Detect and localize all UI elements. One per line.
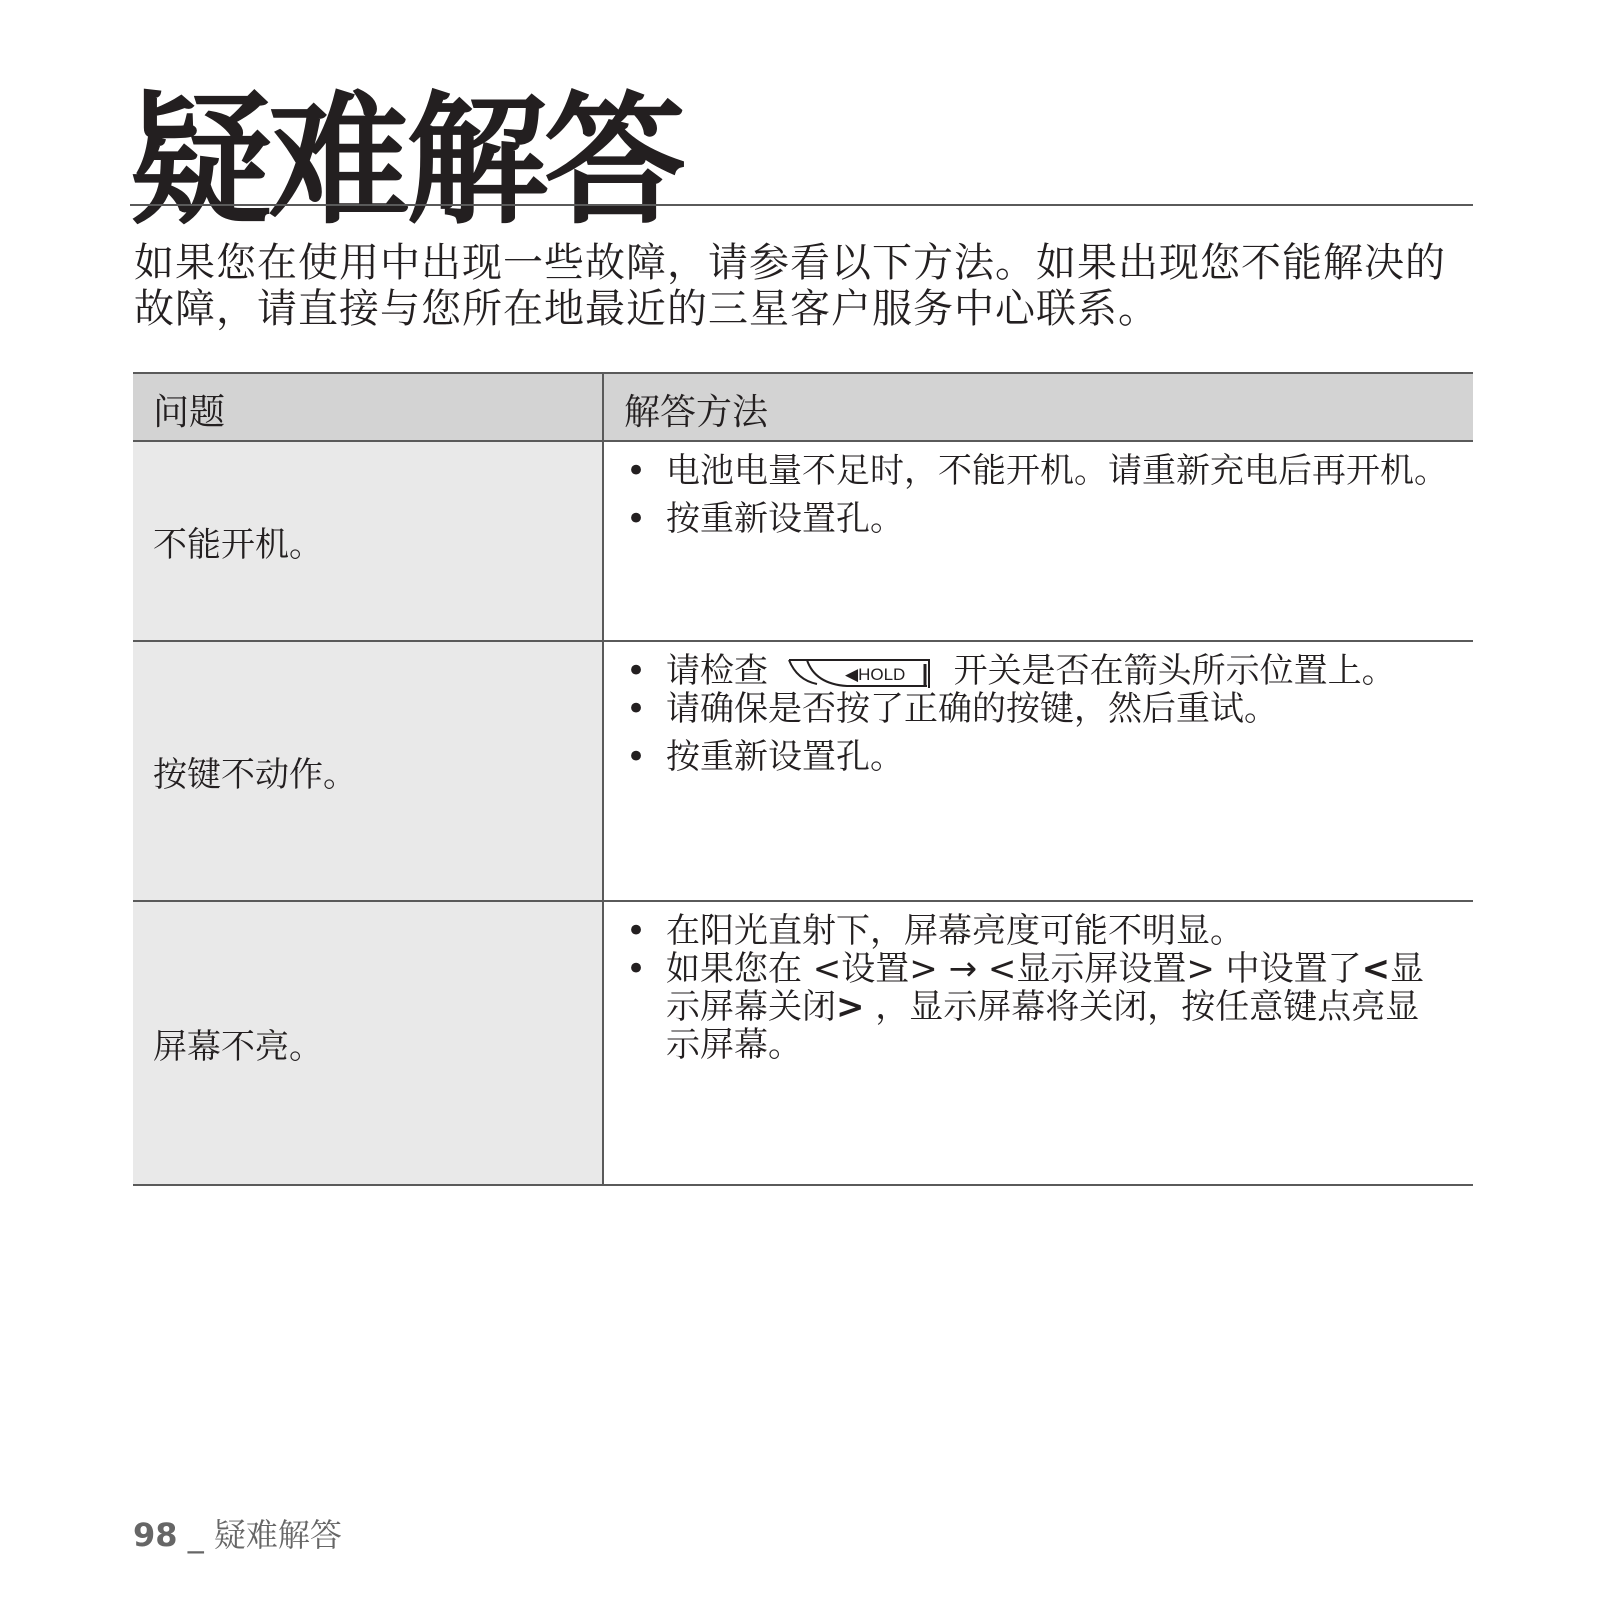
solution-item: 电池电量不足时，不能开机。请重新充电后再开机。 [624,452,1453,490]
solution-cell: 请检查 ◀HOLD 开关是否在箭头所示位置上。 请确保是否按了正确的按键，然后重… [603,641,1473,901]
problem-cell: 不能开机。 [133,441,603,641]
solution-item: 如果您在 <设置> → <显示屏设置> 中设置了<显示屏幕关闭> ，显示屏幕将关… [624,950,1453,1064]
problem-cell: 屏幕不亮。 [133,901,603,1185]
table-header-row: 问题 解答方法 [133,373,1473,441]
page-title: 疑难解答 [130,82,682,242]
solution-cell: 在阳光直射下，屏幕亮度可能不明显。 如果您在 <设置> → <显示屏设置> 中设… [603,901,1473,1185]
intro-paragraph: 如果您在使用中出现一些故障，请参看以下方法。如果出现您不能解决的故障，请直接与您… [134,240,1474,332]
hold-switch-icon: ◀HOLD [787,658,935,688]
troubleshooting-table: 问题 解答方法 不能开机。 电池电量不足时，不能开机。请重新充电后再开机。 按重… [133,372,1473,1186]
table-row: 屏幕不亮。 在阳光直射下，屏幕亮度可能不明显。 如果您在 <设置> → <显示屏… [133,901,1473,1185]
svg-text:◀HOLD: ◀HOLD [845,665,905,684]
table-row: 按键不动作。 请检查 ◀HOLD 开关是否在箭头所示位置上。 [133,641,1473,901]
header-problem: 问题 [133,373,603,441]
problem-cell: 按键不动作。 [133,641,603,901]
solution-item: 请检查 ◀HOLD 开关是否在箭头所示位置上。 [624,652,1453,690]
solution-cell: 电池电量不足时，不能开机。请重新充电后再开机。 按重新设置孔。 [603,441,1473,641]
solution-item: 按重新设置孔。 [624,738,1453,776]
title-divider [130,204,1473,206]
footer-section: 疑难解答 [214,1516,342,1554]
header-solution: 解答方法 [603,373,1473,441]
solution-item: 按重新设置孔。 [624,500,1453,538]
page-footer: 98 _ 疑难解答 [133,1510,342,1556]
table-row: 不能开机。 电池电量不足时，不能开机。请重新充电后再开机。 按重新设置孔。 [133,441,1473,641]
solution-item: 请确保是否按了正确的按键，然后重试。 [624,690,1453,728]
page-number: 98 [133,1516,178,1554]
solution-item: 在阳光直射下，屏幕亮度可能不明显。 [624,912,1453,950]
